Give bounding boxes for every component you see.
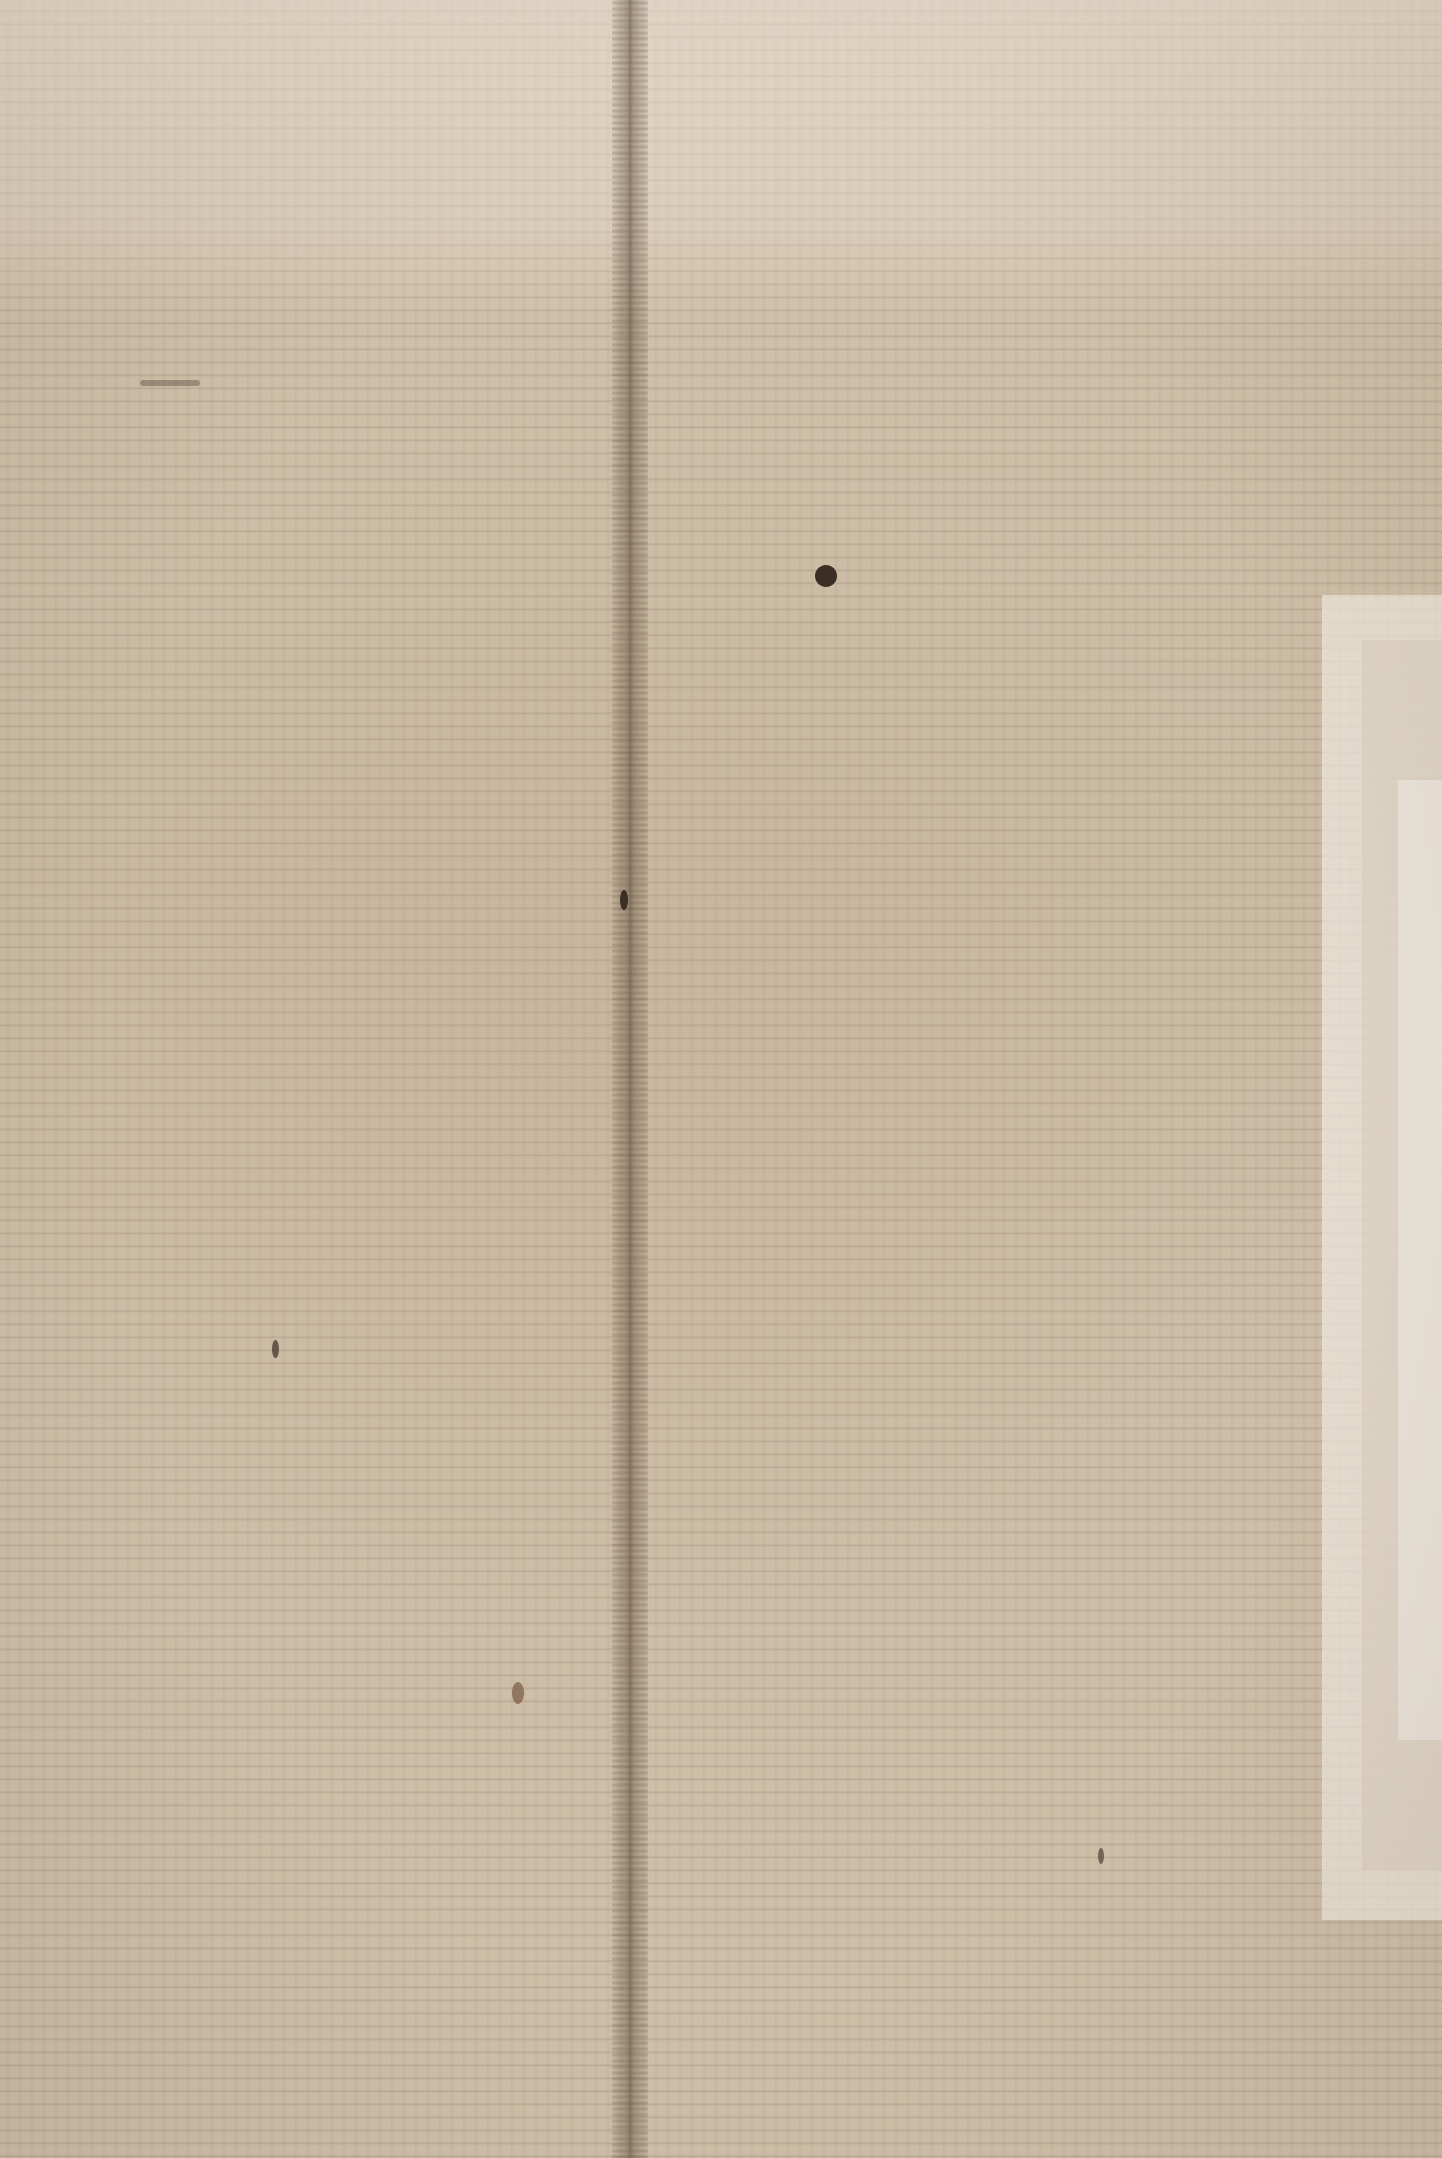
rug-photo: Beige textured wool rug with a dark vert… bbox=[0, 0, 1442, 2158]
vignette bbox=[0, 0, 1442, 2158]
